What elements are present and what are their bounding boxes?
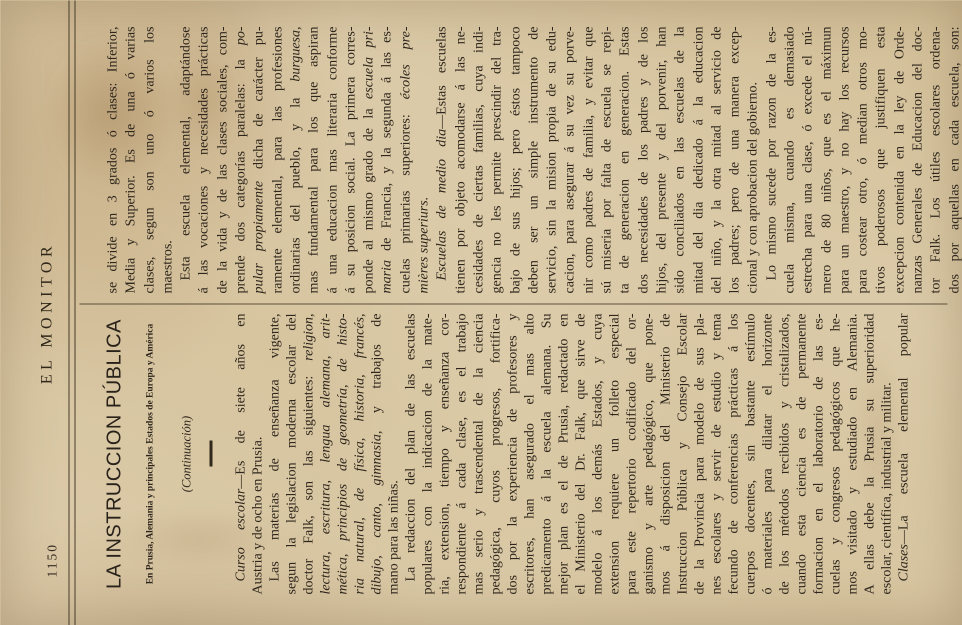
text-line: mos á disposicion del Ministerio de <box>657 313 674 594</box>
text-line: Curso escolar—Es de siete años en <box>232 313 249 594</box>
text-line: cional y con aprobacion del gobierno. <box>744 26 762 293</box>
text-line: ó materiales para dilatar el horizonte <box>759 313 776 594</box>
text-line: de los métodos recibidos y cristalizados… <box>776 313 793 594</box>
article-title: LA INSTRUCCION PÚBLICA <box>102 313 126 594</box>
text-line: dos por la experiencia de profesores y <box>504 313 521 594</box>
scanned-page-viewport: 1150 EL MONITOR LA INSTRUCCION PÚBLICA E… <box>0 0 962 625</box>
page-number: 1150 <box>44 543 60 578</box>
text-line: á las vocaciones y necesidades prácticas <box>195 26 213 293</box>
text-line: ganismo y arte pedagógico, que pone- <box>640 313 657 594</box>
text-line: deben ser un simple instrumento de <box>525 26 543 293</box>
text-line: mano para las niñas. <box>385 313 402 594</box>
text-line: maria de Francia, y la segunda á las es- <box>378 26 396 293</box>
text-line: ponde al mismo grado de la escuela pri- <box>360 26 378 293</box>
text-line: del niño, y la otra mitad al servicio de <box>708 26 726 293</box>
text-line: Las materias de enseñanza vigente, <box>266 313 283 594</box>
text-line: mas fundamental para los que aspiran <box>305 26 323 293</box>
text-line: sú miseria por falta de escuela se repi- <box>598 26 616 293</box>
text-line: extension requiere un folleto especial <box>606 313 623 594</box>
text-line: ria natural, de física, historia, francé… <box>351 313 368 594</box>
page-sheet: 1150 EL MONITOR LA INSTRUCCION PÚBLICA E… <box>0 0 962 625</box>
text-line: cuelas primarias superiores: écoles pre- <box>397 26 415 293</box>
text-line: cuando esta ciencia es de permanente <box>793 313 810 594</box>
text-line: los padres; pero de una manera excep- <box>726 26 744 293</box>
text-line: maestros. <box>159 26 177 293</box>
text-line: nir como padres de familia, y evitar que <box>580 26 598 293</box>
text-line: para costear otro, ó median otros mo- <box>854 26 872 293</box>
text-line: de la vida y de las clases sociales, com… <box>214 26 232 293</box>
text-line: servicio, sin la mision propia de su edu… <box>543 26 561 293</box>
text-line: segun la legislacion moderna escolar del <box>283 313 300 594</box>
text-line: dibujo, canto, gimnasia, y trabajos de <box>368 313 385 594</box>
text-line: pular propiamente dicha de carácter pu- <box>250 26 268 293</box>
text-line: dos por aquellas en cada escuela, son: <box>946 26 962 293</box>
text-line: mas serio y trascendental de la ciencia <box>470 313 487 594</box>
text-line: dos necesidades de los padres y de los <box>635 26 653 293</box>
text-line: Instruccion Pública y Consejo Escolar <box>674 313 691 594</box>
text-line: doctor Falk, son las siguientes: religio… <box>300 313 317 594</box>
text-line: mejor plan es el de Prusia, redactado en <box>555 313 572 594</box>
text-line: Escuelas de medio dia—Estas escuelas <box>433 26 451 293</box>
text-line: Media y Superior. Es de una ó varias <box>122 26 140 293</box>
text-line: modelo á los demás Estados, y cuya <box>589 313 606 594</box>
text-line: pedagógica, cuyos progresos, fortifica- <box>487 313 504 594</box>
text-line: mitad del dia dedicado á la educacion <box>690 26 708 293</box>
text-line: sido conciliados en las escuelas de la <box>671 26 689 293</box>
text-line: predicamento á la escuela alemana. Su <box>538 313 555 594</box>
text-line: fecundo de conferencias prácticas á los <box>725 313 742 594</box>
text-line: prende dos categorías paralelas: la po- <box>232 26 250 293</box>
text-line: para este repertorio codificado del or- <box>623 313 640 594</box>
text-line: Clases—La escuela elemental popular <box>895 313 912 594</box>
text-line: La redaccion del plan de las escuelas <box>402 313 419 594</box>
text-line: lectura, escritura, lengua alemana, arit… <box>317 313 334 594</box>
text-line: Lo mismo sucede por razon de la es- <box>763 26 781 293</box>
text-line: cesidades de ciertas familias, cuya indi… <box>470 26 488 293</box>
column-divider-rule <box>79 303 947 304</box>
text-line: populares con la indicacion de la mate- <box>419 313 436 594</box>
text-line: tivos poderosos que justifiquen esta <box>872 26 890 293</box>
text-line: á una educacion mas literaria conforme <box>324 26 342 293</box>
continuation-note: (Continuación) <box>179 313 194 594</box>
text-line: hijos, del presente y del porvenir, han <box>653 26 671 293</box>
text-line: escritores, han asegurado el mas alto <box>521 313 538 594</box>
header-double-rule <box>68 0 75 625</box>
text-line: mero de 80 niños, que es el máximun <box>818 26 836 293</box>
left-column-text: Curso escolar—Es de siete años enAustria… <box>232 313 912 594</box>
text-line: ordinarias del pueblo, y la burguesa, <box>287 26 305 293</box>
text-line: cuela misma, cuando es demasiado <box>781 26 799 293</box>
page-header: 1150 EL MONITOR <box>36 0 62 625</box>
article-subtitle: En Prusia, Alemania y principales Estado… <box>144 313 157 594</box>
text-line: nes escolares y servir de estudio y tema <box>708 313 725 594</box>
text-line: de la Provincia para modelo de sus pla- <box>691 313 708 594</box>
text-line: tienen por objeto acomodarse á las ne- <box>452 26 470 293</box>
text-line: cacion, para asegurar á su vez su porve- <box>561 26 579 293</box>
text-line: á su posicion social. La primera corres- <box>342 26 360 293</box>
text-line: ta de generacion en generacion. Estas <box>616 26 634 293</box>
text-line: ramente elemental, para las profesiones <box>269 26 287 293</box>
text-line: mières superiurs. <box>415 26 433 293</box>
text-line: mos visitado y estudiado en Alemania. <box>844 313 861 594</box>
text-line: se divide en 3 grados ó clases: Inferior… <box>104 26 122 293</box>
text-line: A ellas debe la Prusia su superioridad <box>861 313 878 594</box>
text-line: cuerpos docentes, sin bastante estímulo <box>742 313 759 594</box>
text-line: respondiente á cada clase, es el trabajo <box>453 313 470 594</box>
text-line: tor Falk. Los útiles escolares ordena- <box>927 26 945 293</box>
text-line: formacion en el laboratorio de las es- <box>810 313 827 594</box>
text-line: excepcion contenida en la ley de Orde- <box>891 26 909 293</box>
text-line: ria, extension, tiempo y enseñanza cor- <box>436 313 453 594</box>
text-line: nanzas Generales de Educacion del doc- <box>909 26 927 293</box>
right-column-text: se divide en 3 grados ó clases: Inferior… <box>104 26 962 293</box>
right-column: se divide en 3 grados ó clases: Inferior… <box>84 26 962 293</box>
text-line: escolar, científica, industrial y milita… <box>878 313 895 594</box>
title-dash <box>209 441 212 467</box>
journal-title: EL MONITOR <box>38 241 56 383</box>
text-line: bajo de sus hijos; pero éstos tampoco <box>507 26 525 293</box>
text-line: Austria y de ocho en Prusia. <box>249 313 266 594</box>
text-line: cuelas y congresos pedagógicos que he- <box>827 313 844 594</box>
text-line: Esta escuela elemental, adaptándose <box>177 26 195 293</box>
text-line: el Ministerio del Dr. Falk, que sirve de <box>572 313 589 594</box>
text-line: clases, segun son uno ó varios los <box>141 26 159 293</box>
text-line: para un maestro, y no hay los recursos <box>836 26 854 293</box>
left-column: LA INSTRUCCION PÚBLICA En Prusia, Aleman… <box>86 313 912 594</box>
text-line: estrecha para una clase, ó excede el nú- <box>799 26 817 293</box>
text-line: gencia no les permite prescindir del tra… <box>488 26 506 293</box>
text-line: mética, principios de geometría, de hist… <box>334 313 351 594</box>
